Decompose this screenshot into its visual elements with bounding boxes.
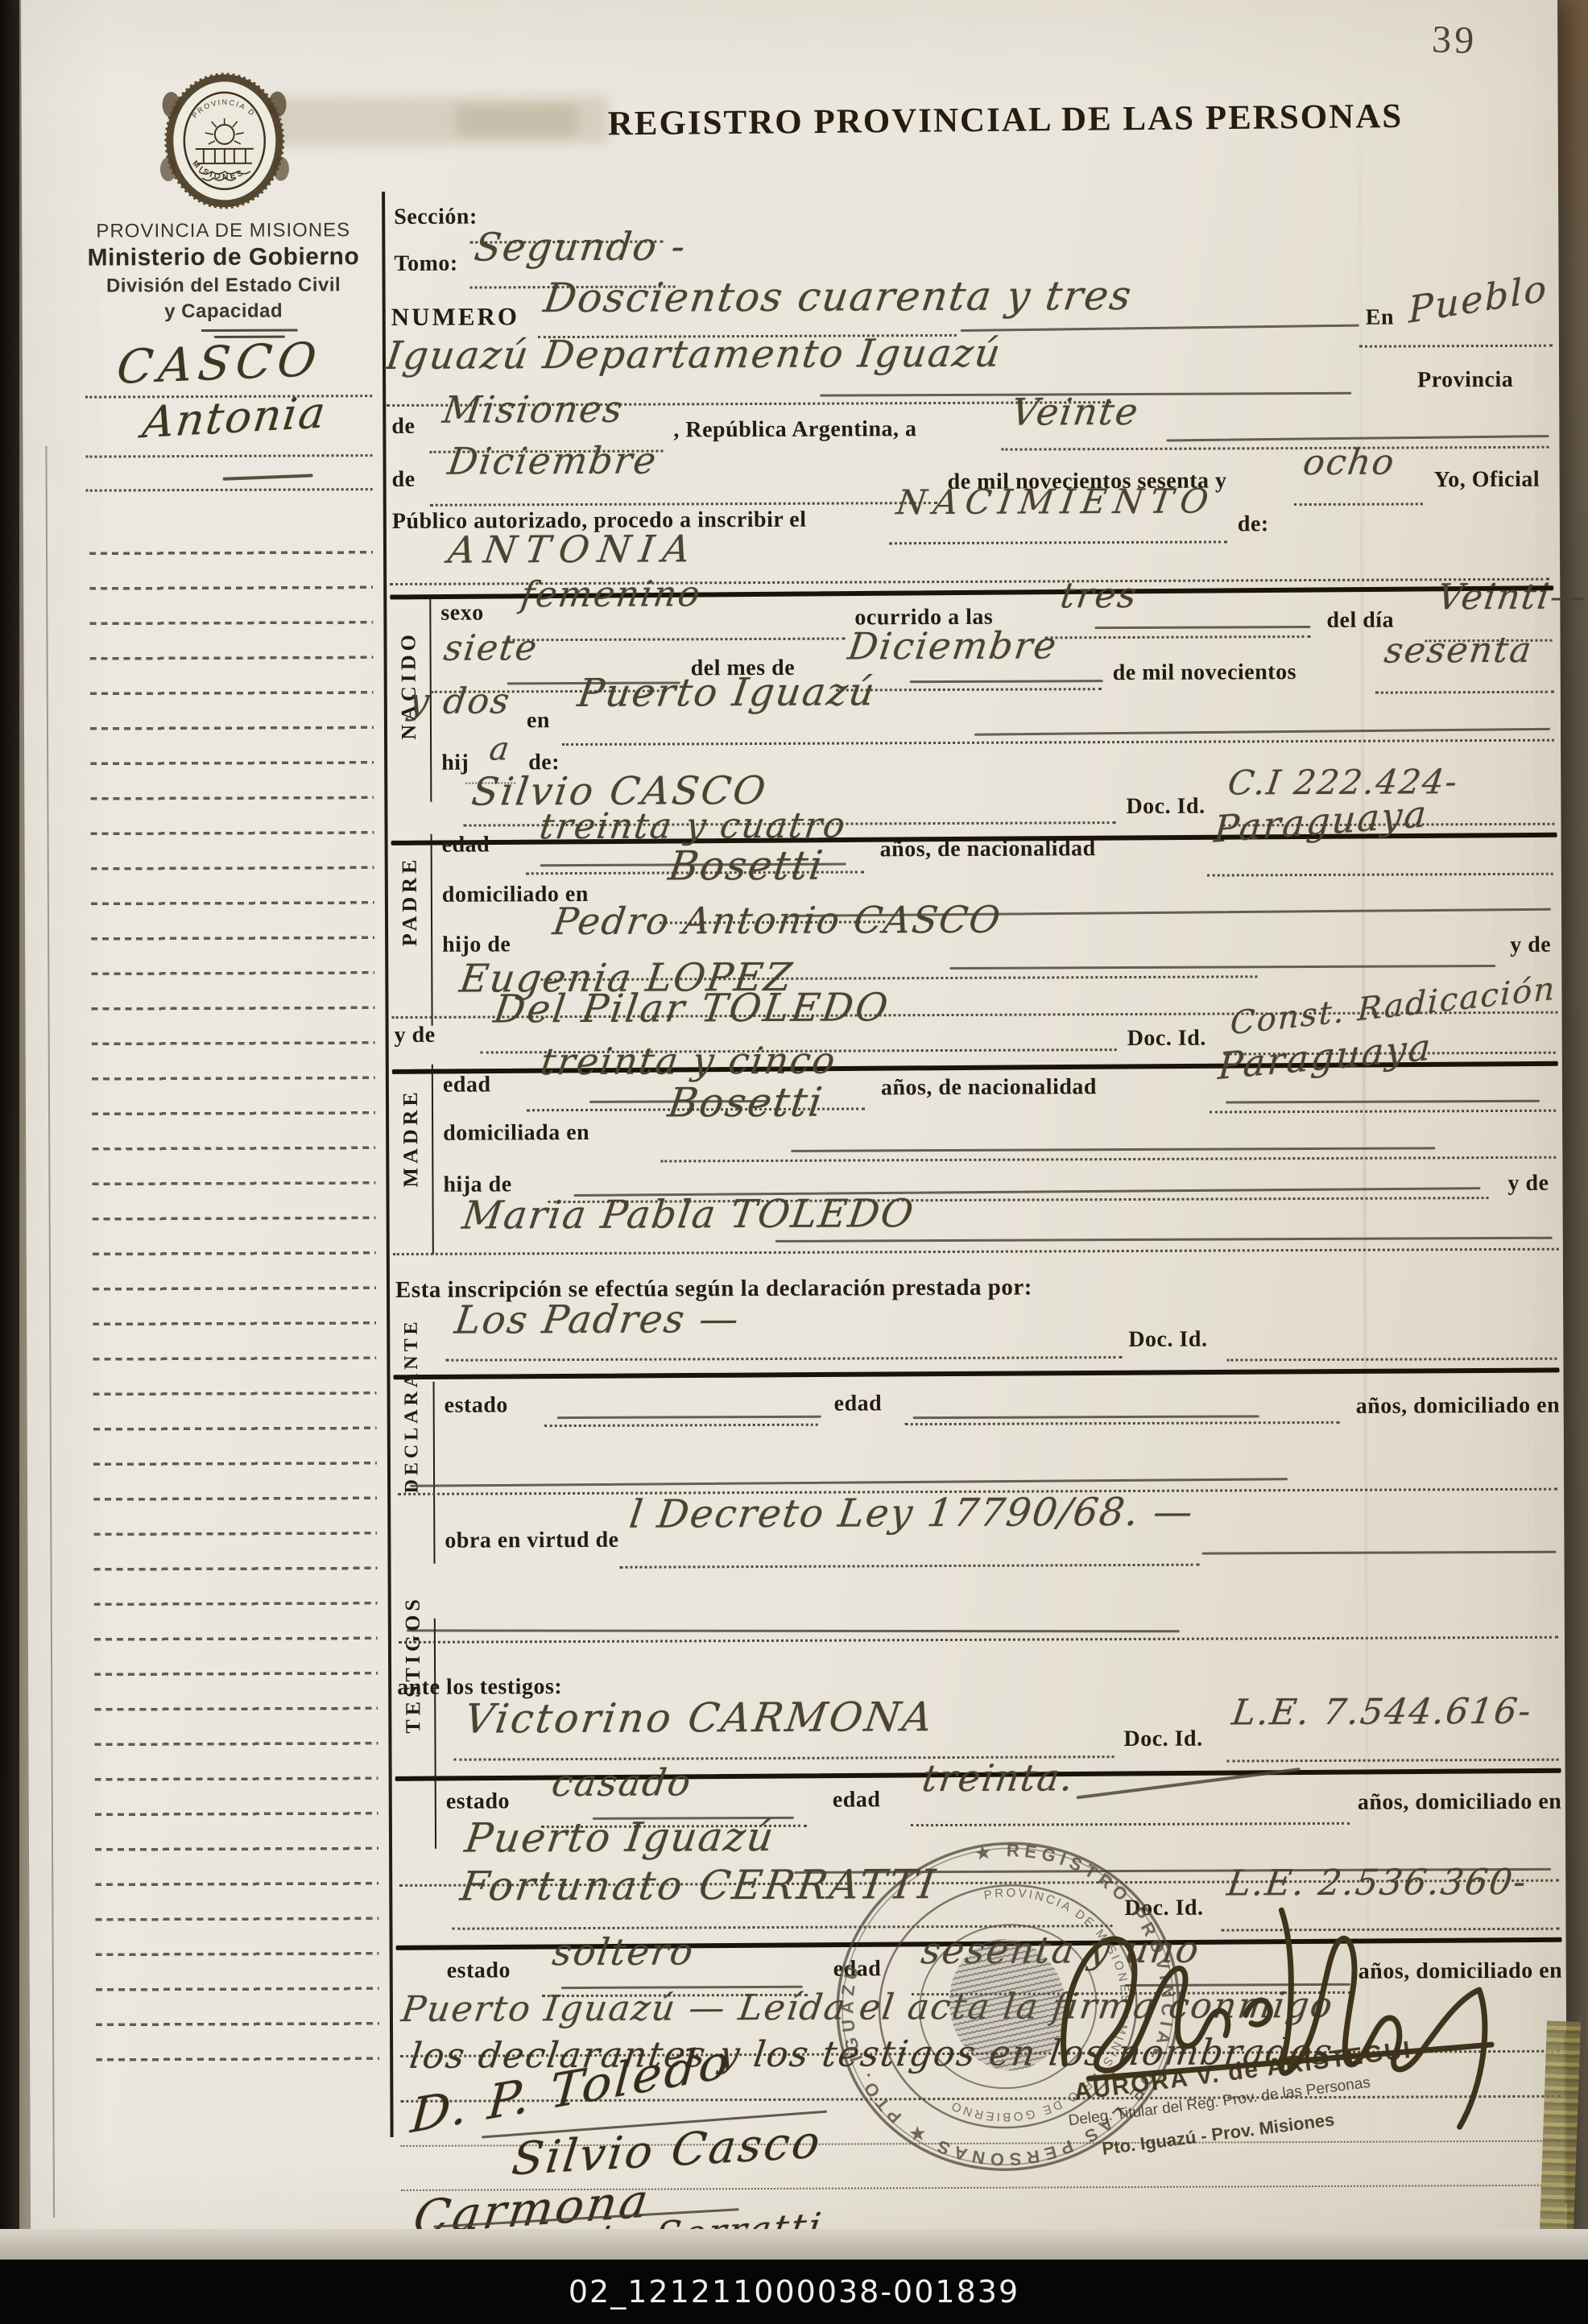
section-rule [393,1367,1559,1379]
obra-value: l Decreto Ley 17790/68. — [627,1490,1197,1537]
dotted-line [620,1564,1200,1569]
signature-padre: Silvio Casco [509,2116,825,2186]
page-title: REGISTRO PROVINCIAL DE LAS PERSONAS [607,97,1403,143]
section-label-madre: MADRE [399,1033,424,1243]
dotted-line [1375,691,1554,694]
dotted-line [562,739,1554,746]
hora-value: tres [1058,575,1140,616]
hijo-prefix-label: hij [441,751,469,776]
dotted-line [85,454,372,458]
dotted-line [445,1356,1122,1362]
margin-given-name: Antonia [140,387,329,448]
madre-nacionalidad-label: años, de nacionalidad [881,1074,1097,1101]
mes-registro-value: Diciembre [445,439,660,483]
testigo1-estado-value: casado [549,1760,695,1805]
ink-underline [961,325,1359,332]
ink-underline [949,965,1495,970]
hijo-letter-value: a [487,730,513,767]
sidebar-division-line2: y Capacidad [71,300,377,324]
dia-value-1: Veinti— [1435,577,1588,618]
en-value: Pueblo [1408,267,1548,332]
margin-ruled-lines [89,519,379,2071]
testigo2-estado-value: soltero [550,1929,697,1974]
madre-domicilio-label: domiciliada en [443,1120,589,1147]
page-number: 39 [1431,17,1478,63]
provincia-misiones-seal-icon: PROVINCIA DE MISIONES [155,68,294,214]
document-page: 39 REGISTRO PROVINCIAL DE LAS PERSONAS P… [21,0,1567,2250]
dotted-line [393,1248,1559,1255]
dotted-line [430,502,937,507]
de-label-2: de [392,467,416,493]
dia-registro-value: Veinte [1009,390,1143,434]
declarante-edad-label: edad [834,1391,883,1416]
padre-doc-label: Doc. Id. [1126,794,1205,820]
sexo-value: femenino [519,573,704,615]
ink-underline [1094,626,1310,629]
madre-edad-value: treinta y cinco [538,1039,839,1084]
numero-label: NUMERO [391,302,519,332]
page-stack-edge [1539,2020,1581,2255]
anio-registro-value: ocho [1301,442,1398,484]
testigo1-edad-value: treinta. [920,1755,1077,1800]
testigo1-domicilio-value: Puerto Iguazú [462,1813,778,1862]
ink-underline [557,1416,821,1419]
dotted-line [905,1421,1340,1425]
numero-value: Doscientos cuarenta y tres [541,272,1135,321]
testigo1-nombre: Victorino CARMONA [461,1693,937,1743]
dotted-line [86,488,373,492]
padre-y-de-label: y de [1510,932,1551,958]
dotted-line [1359,345,1553,348]
republica-label: , República Argentina, a [673,416,916,443]
dia-value-2: siete [441,627,540,669]
tomo-value: Segundo - [472,224,690,270]
declarante-doc-label: Doc. Id. [1128,1327,1207,1353]
margin-surname: CASCO [114,332,325,395]
sidebar-province: PROVINCIA DE MISIONES [70,219,376,243]
abuelo-paterno-value: Pedro Antonio CASCO [550,898,1004,943]
lugar-departamento-value: Iguazú Departamento Iguazú [383,331,1004,378]
dotted-line [1227,1759,1559,1763]
testigo1-domicilio-label: años, domiciliado en [1358,1789,1562,1816]
padre-edad-value: treinta y cuatro [537,805,849,848]
anio-nac-value-1: sesenta [1382,630,1535,672]
testigo1-doc-label: Doc. Id. [1123,1726,1202,1752]
mes-value: Diciembre [846,623,1061,668]
ink-underline [223,473,313,480]
dotted-line [1226,1358,1557,1362]
section-inner-rule [431,834,433,1026]
seccion-label: Sección: [394,205,478,230]
scanned-birth-record: 39 REGISTRO PROVINCIAL DE LAS PERSONAS P… [0,0,1588,2324]
archive-code: 02_121211000038-001839 [0,2260,1588,2324]
dotted-line [660,1156,1556,1163]
dotted-line [1210,1110,1556,1114]
ink-underline [913,1415,1259,1419]
en-label: En [1366,305,1394,331]
anio-nac-value-2: y dos [406,680,513,722]
madre-y-de-label-2: y de [1507,1171,1549,1197]
anio-nac-label: de mil novecientos [1113,660,1296,686]
dotted-line [544,1424,818,1427]
madre-nombre-value: Del Pilar TOLEDO [491,985,893,1032]
en-nac-label: en [527,708,550,734]
inscripto-nombre: ANTONIA [445,527,701,571]
madre-edad-label: edad [443,1072,491,1098]
sidebar-division-line1: División del Estado Civil [71,274,377,298]
section-label-testigos: TESTIGOS [400,1560,425,1769]
testigo1-doc-value: L.E. 7.544.616- [1230,1691,1535,1734]
testigo1-edad-label: edad [833,1787,881,1813]
section-inner-rule [432,1065,434,1255]
section-inner-rule [434,1619,436,1849]
dotted-line [399,1636,1558,1644]
dotted-line [1294,502,1423,506]
provincia-label: Provincia [1417,367,1513,394]
dotted-line [507,638,845,642]
declarante-estado-label: estado [445,1392,508,1418]
dotted-line [1044,635,1310,639]
page-fold-line [45,446,55,2218]
section-label-padre: PADRE [397,796,422,1006]
dia-label: del día [1326,608,1394,634]
scan-margin [0,2229,1588,2261]
provincia-value: Misiones [440,387,627,432]
ink-underline [1166,435,1549,441]
ink-underline [974,728,1550,736]
abuela-materna-value: Maria Pabla TOLEDO [460,1191,917,1238]
yo-oficial-label: Yo, Oficial [1434,467,1540,494]
padre-hijo-de-label: hijo de [442,932,511,957]
declarante-value: Los Padres — [452,1296,742,1343]
acto-value: NACIMIENTO [894,482,1218,523]
dotted-line [889,540,1227,544]
testigo2-estado-label: estado [447,1958,511,1983]
section-inner-rule [433,1382,436,1564]
ink-underline [410,1478,1288,1487]
ink-underline [910,680,1103,683]
archive-code-bar: 02_121211000038-001839 [0,2260,1588,2324]
sidebar-ministry: Ministerio de Gobierno [70,243,376,272]
ink-underline [407,1629,1180,1632]
ink-underline [1201,1551,1556,1555]
dotted-line [1001,446,1549,451]
de-colon-label: de: [1238,511,1269,537]
padre-nacionalidad-label: años, de nacionalidad [880,836,1096,862]
book-spine [0,0,19,2324]
ink-underline [791,1147,1435,1152]
ink-underline [775,1237,1553,1243]
divider [201,329,298,333]
ink-underline [1226,1100,1540,1104]
dotted-line [1207,873,1553,877]
tomo-label: Tomo: [394,251,457,277]
ink-bleedthrough [457,104,577,137]
sexo-label: sexo [440,600,483,626]
padre-domicilio-value: Bosetti [666,842,827,890]
madre-domicilio-value: Bosetti [665,1079,826,1127]
de-label-1: de [391,414,415,440]
declarante-domicilio-label: años, domiciliado en [1356,1393,1561,1420]
padre-edad-label: edad [442,832,490,858]
lugar-nac-value: Puerto Iguazú [575,669,879,716]
testigo1-estado-label: estado [446,1788,510,1814]
obra-label: obra en virtud de [445,1528,618,1554]
madre-doc-label: Doc. Id. [1127,1026,1206,1052]
section-label-declarante: DECLARANTE [401,1301,424,1510]
